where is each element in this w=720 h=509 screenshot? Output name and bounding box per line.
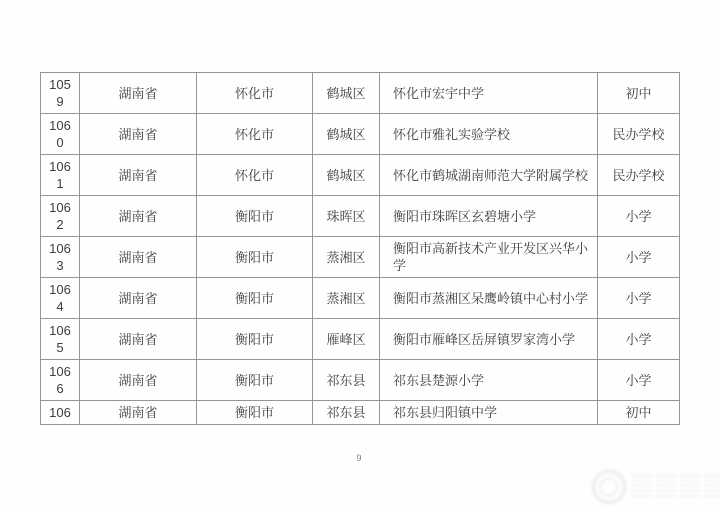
table-row: 106 1湖南省怀化市鹤城区怀化市鹤城湖南师范大学附属学校民办学校 bbox=[41, 155, 680, 196]
district-cell: 鹤城区 bbox=[313, 73, 380, 114]
province-cell: 湖南省 bbox=[80, 114, 197, 155]
school-type-cell: 民办学校 bbox=[598, 114, 680, 155]
province-cell: 湖南省 bbox=[80, 319, 197, 360]
school-type-cell: 小学 bbox=[598, 196, 680, 237]
school-name-cell: 衡阳市珠晖区玄碧塘小学 bbox=[380, 196, 598, 237]
district-cell: 蒸湘区 bbox=[313, 278, 380, 319]
city-cell: 衡阳市 bbox=[197, 360, 313, 401]
city-cell: 衡阳市 bbox=[197, 401, 313, 425]
province-cell: 湖南省 bbox=[80, 360, 197, 401]
watermark-illegible-text bbox=[632, 475, 720, 499]
city-cell: 怀化市 bbox=[197, 114, 313, 155]
table-row: 106 4湖南省衡阳市蒸湘区衡阳市蒸湘区呆鹰岭镇中心村小学小学 bbox=[41, 278, 680, 319]
school-name-cell: 怀化市鹤城湖南师范大学附属学校 bbox=[380, 155, 598, 196]
row-number-cell: 106 3 bbox=[41, 237, 80, 278]
watermark-circular-logo-icon bbox=[591, 469, 627, 505]
city-cell: 衡阳市 bbox=[197, 278, 313, 319]
school-name-cell: 衡阳市高新技术产业开发区兴华小学 bbox=[380, 237, 598, 278]
school-type-cell: 小学 bbox=[598, 237, 680, 278]
city-cell: 怀化市 bbox=[197, 73, 313, 114]
row-number-cell: 105 9 bbox=[41, 73, 80, 114]
row-number-cell: 106 4 bbox=[41, 278, 80, 319]
table-row: 106 0湖南省怀化市鹤城区怀化市雅礼实验学校民办学校 bbox=[41, 114, 680, 155]
document-page: 105 9湖南省怀化市鹤城区怀化市宏宇中学初中106 0湖南省怀化市鹤城区怀化市… bbox=[0, 0, 720, 509]
city-cell: 衡阳市 bbox=[197, 319, 313, 360]
table-row: 106湖南省衡阳市祁东县祁东县归阳镇中学初中 bbox=[41, 401, 680, 425]
province-cell: 湖南省 bbox=[80, 278, 197, 319]
school-name-cell: 衡阳市蒸湘区呆鹰岭镇中心村小学 bbox=[380, 278, 598, 319]
table-row: 106 5湖南省衡阳市雁峰区衡阳市雁峰区岳屏镇罗家湾小学小学 bbox=[41, 319, 680, 360]
province-cell: 湖南省 bbox=[80, 196, 197, 237]
school-type-cell: 初中 bbox=[598, 73, 680, 114]
school-list-table: 105 9湖南省怀化市鹤城区怀化市宏宇中学初中106 0湖南省怀化市鹤城区怀化市… bbox=[40, 72, 680, 425]
school-type-cell: 民办学校 bbox=[598, 155, 680, 196]
province-cell: 湖南省 bbox=[80, 237, 197, 278]
school-type-cell: 小学 bbox=[598, 278, 680, 319]
city-cell: 怀化市 bbox=[197, 155, 313, 196]
row-number-cell: 106 6 bbox=[41, 360, 80, 401]
school-name-cell: 怀化市雅礼实验学校 bbox=[380, 114, 598, 155]
table-row: 106 3湖南省衡阳市蒸湘区衡阳市高新技术产业开发区兴华小学小学 bbox=[41, 237, 680, 278]
row-number-cell: 106 0 bbox=[41, 114, 80, 155]
city-cell: 衡阳市 bbox=[197, 196, 313, 237]
city-cell: 衡阳市 bbox=[197, 237, 313, 278]
row-number-cell: 106 5 bbox=[41, 319, 80, 360]
province-cell: 湖南省 bbox=[80, 401, 197, 425]
district-cell: 珠晖区 bbox=[313, 196, 380, 237]
school-name-cell: 衡阳市雁峰区岳屏镇罗家湾小学 bbox=[380, 319, 598, 360]
school-type-cell: 小学 bbox=[598, 319, 680, 360]
table-row: 105 9湖南省怀化市鹤城区怀化市宏宇中学初中 bbox=[41, 73, 680, 114]
school-name-cell: 怀化市宏宇中学 bbox=[380, 73, 598, 114]
row-number-cell: 106 2 bbox=[41, 196, 80, 237]
school-name-cell: 祁东县楚源小学 bbox=[380, 360, 598, 401]
row-number-cell: 106 bbox=[41, 401, 80, 425]
row-number-cell: 106 1 bbox=[41, 155, 80, 196]
school-type-cell: 小学 bbox=[598, 360, 680, 401]
table-row: 106 6湖南省衡阳市祁东县祁东县楚源小学小学 bbox=[41, 360, 680, 401]
page-number: 9 bbox=[352, 453, 366, 463]
school-table-body: 105 9湖南省怀化市鹤城区怀化市宏宇中学初中106 0湖南省怀化市鹤城区怀化市… bbox=[41, 73, 680, 425]
school-type-cell: 初中 bbox=[598, 401, 680, 425]
district-cell: 鹤城区 bbox=[313, 114, 380, 155]
district-cell: 蒸湘区 bbox=[313, 237, 380, 278]
table-row: 106 2湖南省衡阳市珠晖区衡阳市珠晖区玄碧塘小学小学 bbox=[41, 196, 680, 237]
district-cell: 祁东县 bbox=[313, 360, 380, 401]
school-name-cell: 祁东县归阳镇中学 bbox=[380, 401, 598, 425]
province-cell: 湖南省 bbox=[80, 73, 197, 114]
watermark bbox=[591, 466, 719, 508]
district-cell: 雁峰区 bbox=[313, 319, 380, 360]
district-cell: 祁东县 bbox=[313, 401, 380, 425]
district-cell: 鹤城区 bbox=[313, 155, 380, 196]
province-cell: 湖南省 bbox=[80, 155, 197, 196]
